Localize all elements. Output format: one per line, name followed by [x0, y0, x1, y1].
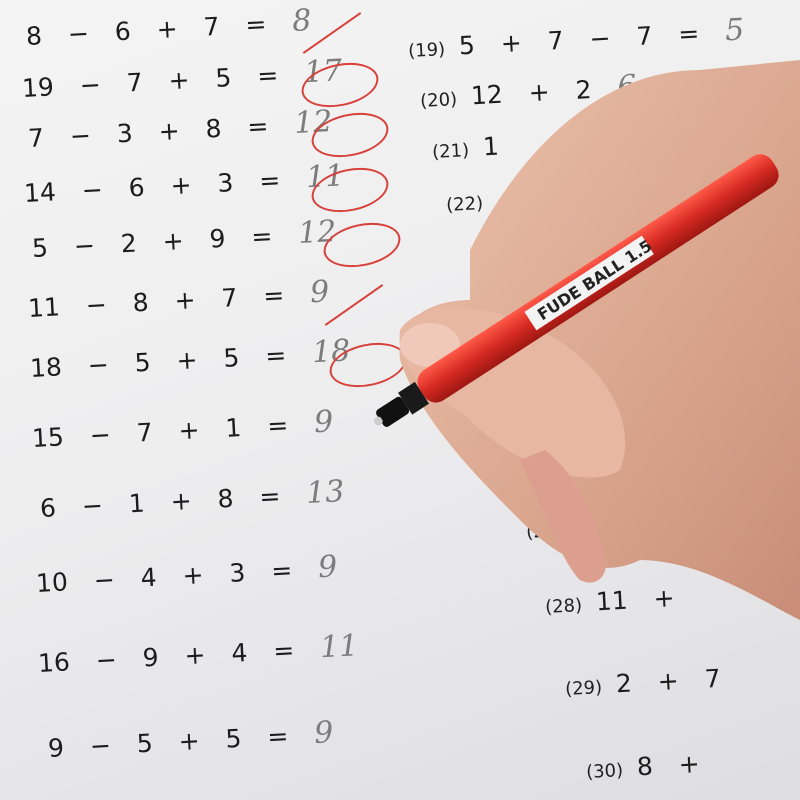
hand-holding-pen: FUDE BALL 1.5 — [0, 0, 800, 800]
